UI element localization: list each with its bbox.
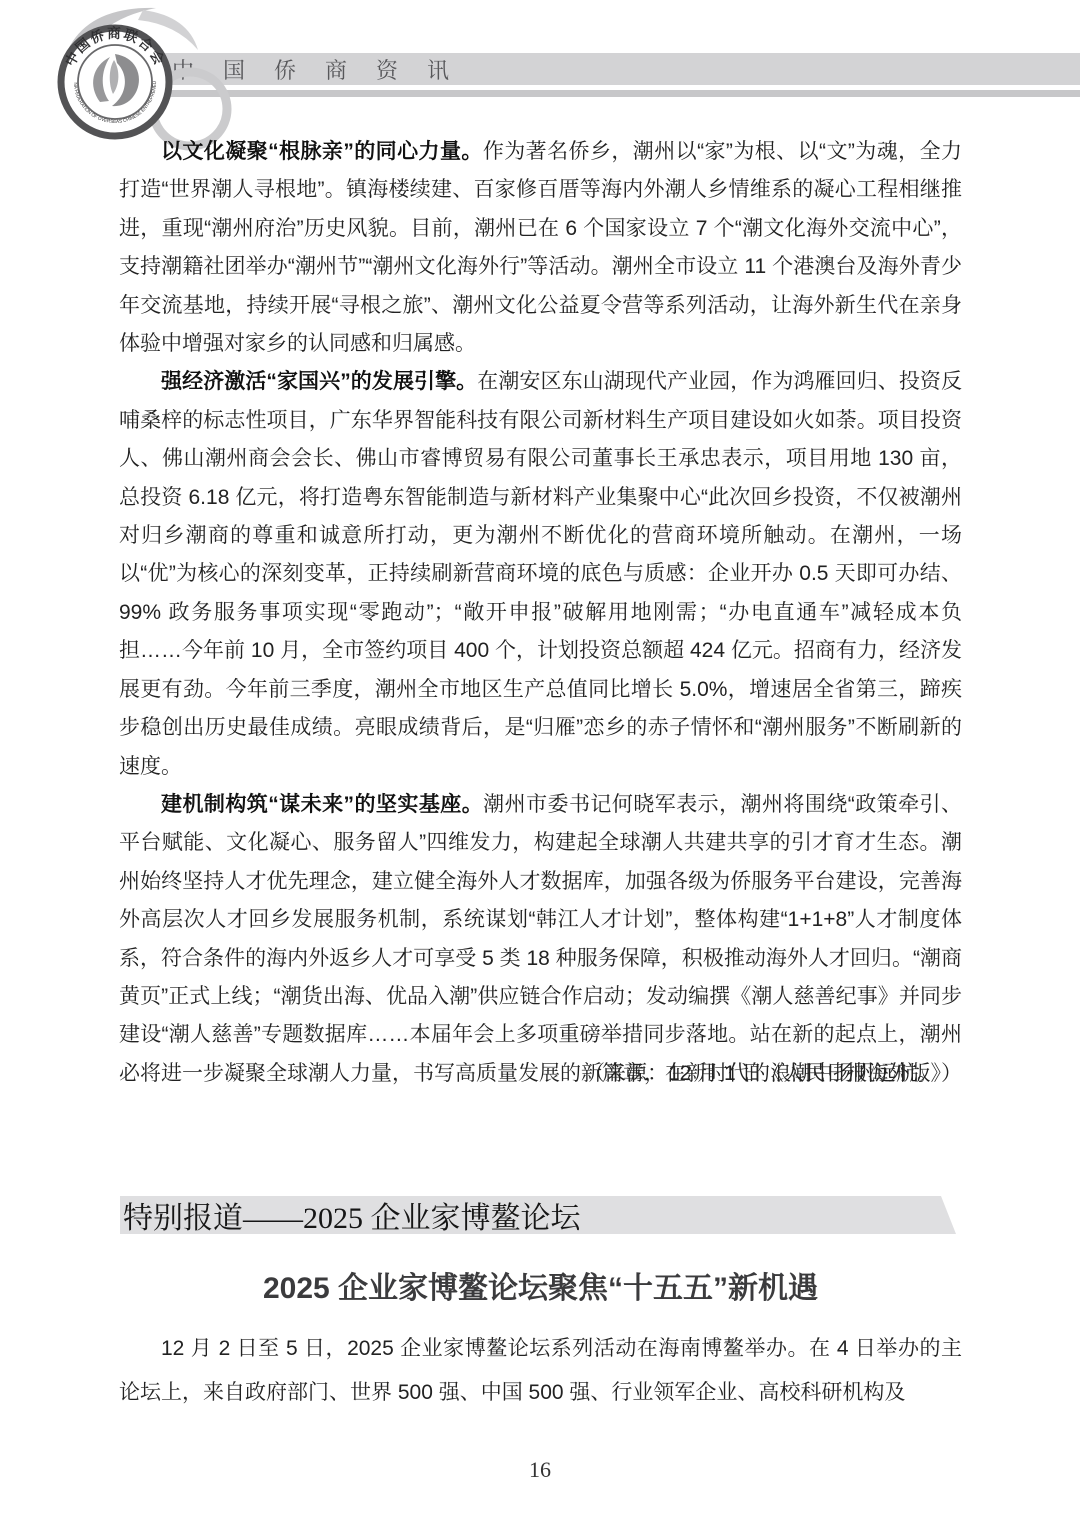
paragraph-culture: 以文化凝聚“根脉亲”的同心力量。作为著名侨乡，潮州以“家”为根、以“文”为魂，全… (119, 133, 962, 363)
paragraph-lead: 强经济激活“家国兴”的发展引擎。 (161, 370, 477, 393)
logo-seal-icon: 中国侨商联合会 CHINA FEDERATION OF OVERSEAS CHI… (38, 2, 243, 152)
header-underline (152, 90, 1080, 97)
paragraph-text: 在潮安区东山湖现代产业园，作为鸿雁回归、投资反哺桑梓的标志性项目，广东华界智能科… (119, 370, 962, 777)
section-header-bar: 特别报道——2025 企业家博鳌论坛 (120, 1196, 956, 1234)
paragraph-mechanism: 建机制构筑“谋未来”的坚实基座。潮州市委书记何晓军表示，潮州将围绕“政策牵引、平… (119, 786, 962, 1093)
page-number: 16 (0, 1457, 1080, 1483)
header-banner: 中国侨商资讯 (130, 53, 1080, 85)
section-title: 特别报道——2025 企业家博鳌论坛 (120, 1193, 581, 1237)
paragraph-boao: 12 月 2 日至 5 日，2025 企业家博鳌论坛系列活动在海南博鳌举办。在 … (119, 1327, 962, 1415)
paragraph-economy: 强经济激活“家国兴”的发展引擎。在潮安区东山湖现代产业园，作为鸿雁回归、投资反哺… (119, 363, 962, 785)
paragraph-text: 潮州市委书记何晓军表示，潮州将围绕“政策牵引、平台赋能、文化凝心、服务留人”四维… (119, 793, 962, 1085)
paragraph-text: 作为著名侨乡，潮州以“家”为根、以“文”为魂，全力打造“世界潮人寻根地”。镇海楼… (119, 140, 962, 355)
report-body: 12 月 2 日至 5 日，2025 企业家博鳌论坛系列活动在海南博鳌举办。在 … (119, 1327, 962, 1415)
paragraph-lead: 建机制构筑“谋未来”的坚实基座。 (161, 793, 483, 816)
report-article-title: 2025 企业家博鳌论坛聚焦“十五五”新机遇 (119, 1263, 962, 1307)
paragraph-lead: 以文化凝聚“根脉亲”的同心力量。 (161, 140, 483, 163)
article-body: 以文化凝聚“根脉亲”的同心力量。作为著名侨乡，潮州以“家”为根、以“文”为魂，全… (119, 133, 962, 1093)
organization-logo: 中国侨商联合会 CHINA FEDERATION OF OVERSEAS CHI… (38, 2, 243, 152)
newsletter-page: 中国侨商资讯 中国侨商联合会 CHINA FEDERATION OF OVERS… (0, 0, 1080, 1525)
